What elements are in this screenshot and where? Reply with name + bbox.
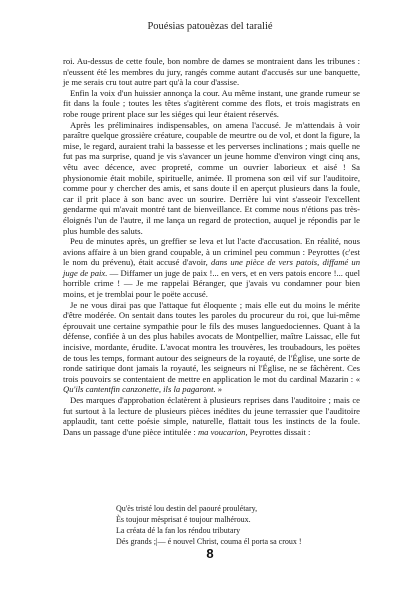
verse-line: La créata dé la fan los réndou tributary [116, 525, 366, 536]
paragraph-4-part-3: — Diffamer un juge de paix !... en vers,… [63, 268, 360, 299]
paragraph-5: Je ne vous dirai pas que l'attaque fut é… [63, 300, 360, 395]
paragraph-5-part-3: » [216, 384, 222, 394]
mazarin-quote: Qu'ils cantentfin canzonette, ils la pag… [63, 384, 216, 394]
poem-title: ma voucarion [198, 427, 246, 437]
running-head-title: Pouésias patouèzas del taralié [0, 21, 420, 32]
verse-line: Ès toujour mèsprisat é toujour malhéroux… [116, 514, 366, 525]
page-number: 8 [0, 546, 420, 561]
paragraph-1: roi. Au-dessus de cette foule, bon nombr… [63, 56, 360, 88]
paragraph-6: Des marques d'approbation éclatèrent à p… [63, 395, 360, 437]
verse-quote: Qu'ès tristé lou destin del paouré proul… [116, 503, 366, 547]
paragraph-6-part-3: , Peyrottes dissait : [245, 427, 310, 437]
paragraph-2: Enfin la voix d'un huissier annonça la c… [63, 88, 360, 120]
paragraph-4: Peu de minutes après, un greffier se lev… [63, 236, 360, 300]
paragraph-5-part-1: Je ne vous dirai pas que l'attaque fut é… [63, 300, 360, 384]
paragraph-3: Après les préliminaires indispensables, … [63, 120, 360, 237]
body-text: roi. Au-dessus de cette foule, bon nombr… [63, 56, 360, 437]
verse-line: Qu'ès tristé lou destin del paouré proul… [116, 503, 366, 514]
